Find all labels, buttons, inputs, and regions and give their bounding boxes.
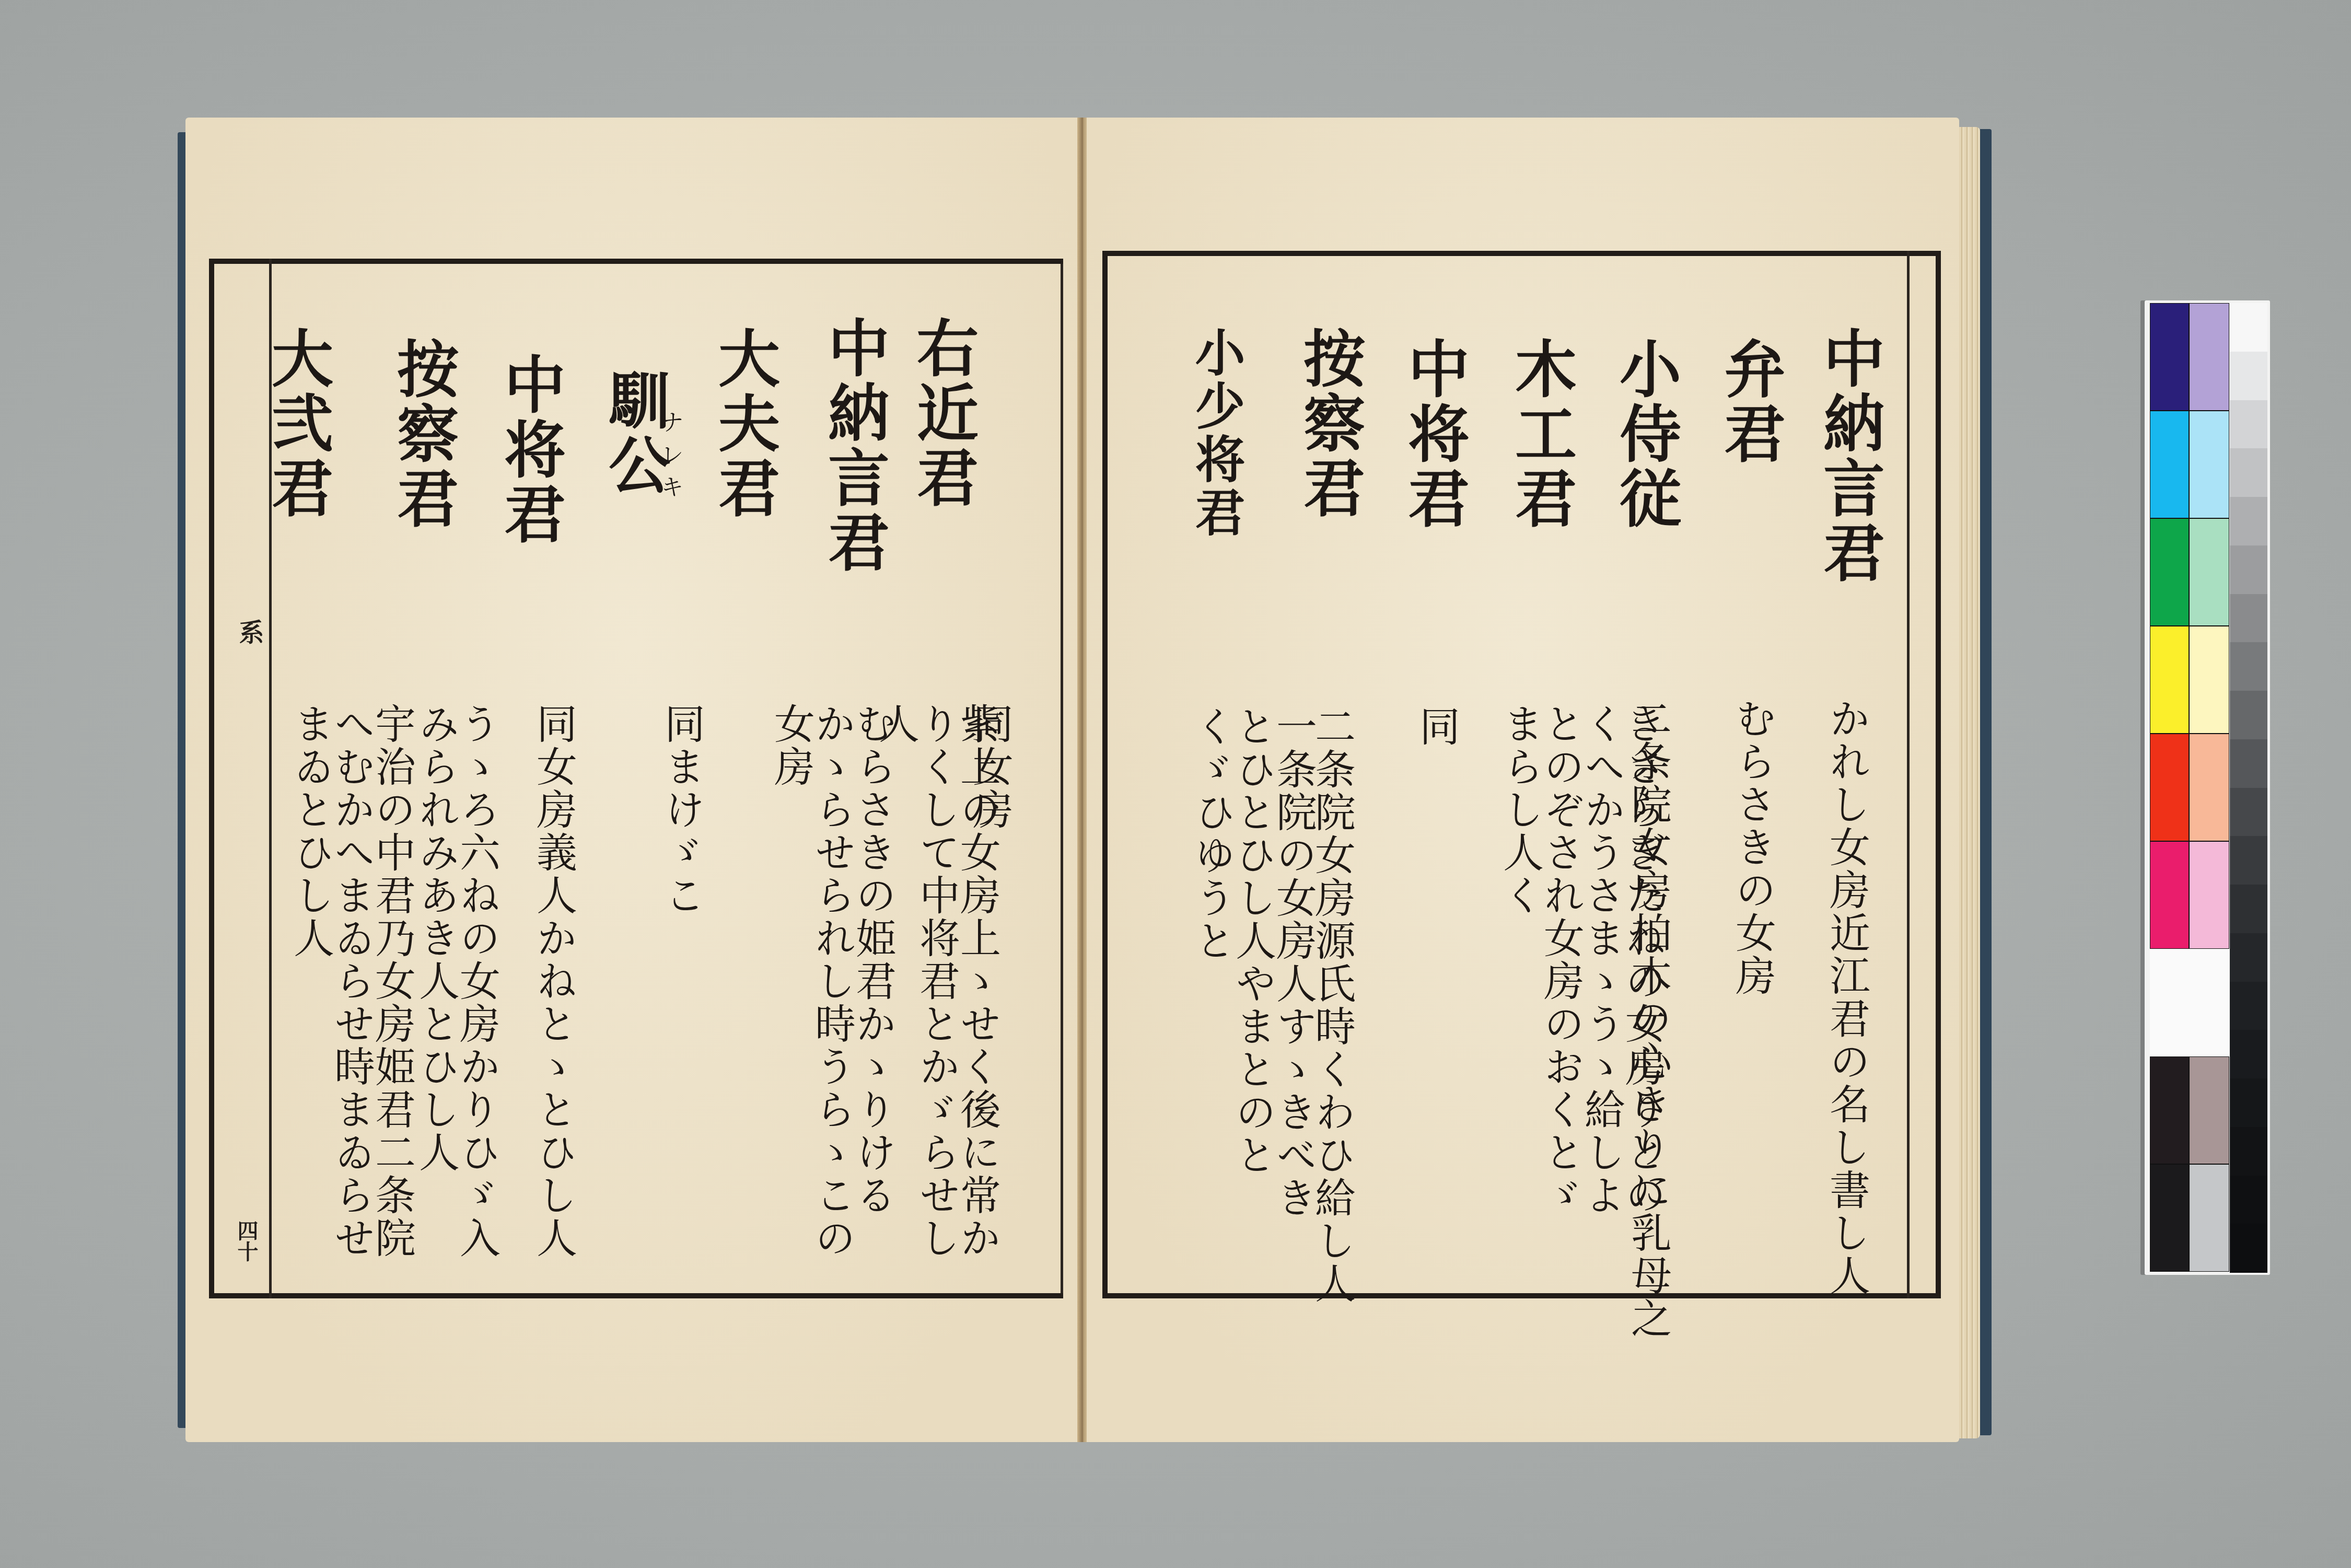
- desc-moku: きさらぎたねの女房りとのくへかうさまゝうゝ給しよとのぞされ女房のおくとゞまらし人…: [1499, 703, 1662, 1246]
- gray-step: [2230, 788, 2267, 837]
- gray-step: [2230, 1030, 2267, 1079]
- heading-chunagon: 中納言君: [823, 316, 884, 575]
- desc-azechi: うゝろ六ねの女房かりひゞ入みられみあき人とひし人: [415, 703, 497, 1267]
- heading-azechi: 按察君: [392, 337, 453, 531]
- color-patch: [2189, 626, 2229, 734]
- margin-label-top: 系: [231, 619, 267, 644]
- heading-nareki: 馴公: [603, 368, 665, 498]
- color-patch: [2150, 734, 2189, 841]
- heading-chunagon-r: 中納言君: [1818, 327, 1880, 586]
- color-patch: [2150, 1056, 2189, 1164]
- color-patch: [2150, 1164, 2189, 1272]
- color-patch: [2189, 411, 2229, 518]
- desc-tayu: むらさきの姫君かゝりけるかゝらせられし時うらゝこの女房: [771, 703, 893, 1267]
- color-patch: [2189, 734, 2229, 841]
- gray-step: [2230, 400, 2267, 449]
- heading-chujo-r: 中将君: [1403, 337, 1464, 531]
- book-cover-right-edge: [1980, 129, 1992, 1435]
- gray-step: [2230, 982, 2267, 1031]
- color-patch: [2150, 841, 2189, 949]
- open-book: 系 四十 右近君 中納言君 大夫君 馴公 ナレキ 中将君 按察君 大弐君 同女房…: [178, 118, 1985, 1442]
- color-patch: [2189, 303, 2229, 411]
- color-patch: [2189, 841, 2229, 949]
- color-patch: [2189, 518, 2229, 626]
- color-patch: [2150, 949, 2189, 1056]
- heading-ben: 弁君: [1719, 337, 1780, 467]
- heading-kojiju: 小侍従: [1614, 337, 1676, 531]
- gray-step: [2230, 691, 2267, 740]
- ruby-nareki: ナレキ: [658, 410, 681, 507]
- heading-ukon: 右近君: [912, 316, 973, 510]
- gray-step: [2230, 642, 2267, 691]
- gray-step: [2230, 303, 2267, 352]
- desc-nareki: 同まけゞこ: [661, 703, 702, 917]
- desc-ben: むらさきの女房: [1732, 698, 1773, 997]
- color-patch: [2150, 303, 2189, 411]
- heading-azechi-r: 按察君: [1298, 327, 1360, 521]
- desc-daini: 宇治の中君乃女房姫君二条院へむかへまゐらせ時まゐらせまゐとひし人: [290, 703, 412, 1267]
- color-patch: [2150, 518, 2189, 626]
- heading-koshosho: 小少将君: [1191, 327, 1241, 540]
- margin-rule: [1907, 251, 1910, 1298]
- color-patch: [2189, 1056, 2229, 1164]
- color-patch: [2150, 411, 2189, 518]
- color-patch: [2189, 1164, 2229, 1272]
- gray-step: [2230, 545, 2267, 595]
- desc-chujo-r: 同: [1416, 705, 1457, 748]
- gray-step: [2230, 497, 2267, 546]
- heading-tayu: 大夫君: [713, 327, 775, 521]
- heading-moku: 木工君: [1510, 337, 1572, 531]
- heading-daini: 大弐君: [266, 327, 328, 521]
- desc-chujo: 同女房義人かねとゝとひし人: [533, 703, 574, 1267]
- gray-step: [2230, 594, 2267, 643]
- desc-azechi-r: 二条院女房源氏時くわひ給し人: [1311, 705, 1352, 1305]
- gray-step: [2230, 1078, 2267, 1128]
- gray-step: [2230, 448, 2267, 497]
- gray-step: [2230, 1224, 2267, 1273]
- right-page: 中納言君 弁君 小侍従 木工君 中将君 按察君 小少将君 かれし女房近江君の名し…: [1087, 118, 1959, 1442]
- gray-step: [2230, 352, 2267, 401]
- gray-step: [2230, 836, 2267, 885]
- left-page: 系 四十 右近君 中納言君 大夫君 馴公 ナレキ 中将君 按察君 大弐君 同女房…: [185, 118, 1079, 1442]
- gutter-rule: [1061, 264, 1063, 1293]
- desc-chunagon-r: かれし女房近江君の名し書し人: [1826, 698, 1867, 1297]
- gray-step: [2230, 1127, 2267, 1176]
- color-patch: [2189, 949, 2229, 1056]
- heading-chujo: 中将君: [499, 353, 561, 547]
- desc-koshosho: 一条院の女房人すゝきべきとひとひし人やまとのとくゞひゆうと: [1191, 705, 1313, 1254]
- color-patch: [2150, 626, 2189, 734]
- gray-step: [2230, 933, 2267, 982]
- gray-step: [2230, 885, 2267, 934]
- color-calibration-chart: [2145, 300, 2270, 1275]
- folio-number: 四十: [231, 1220, 261, 1262]
- gray-step: [2230, 739, 2267, 788]
- gray-step: [2230, 1176, 2267, 1225]
